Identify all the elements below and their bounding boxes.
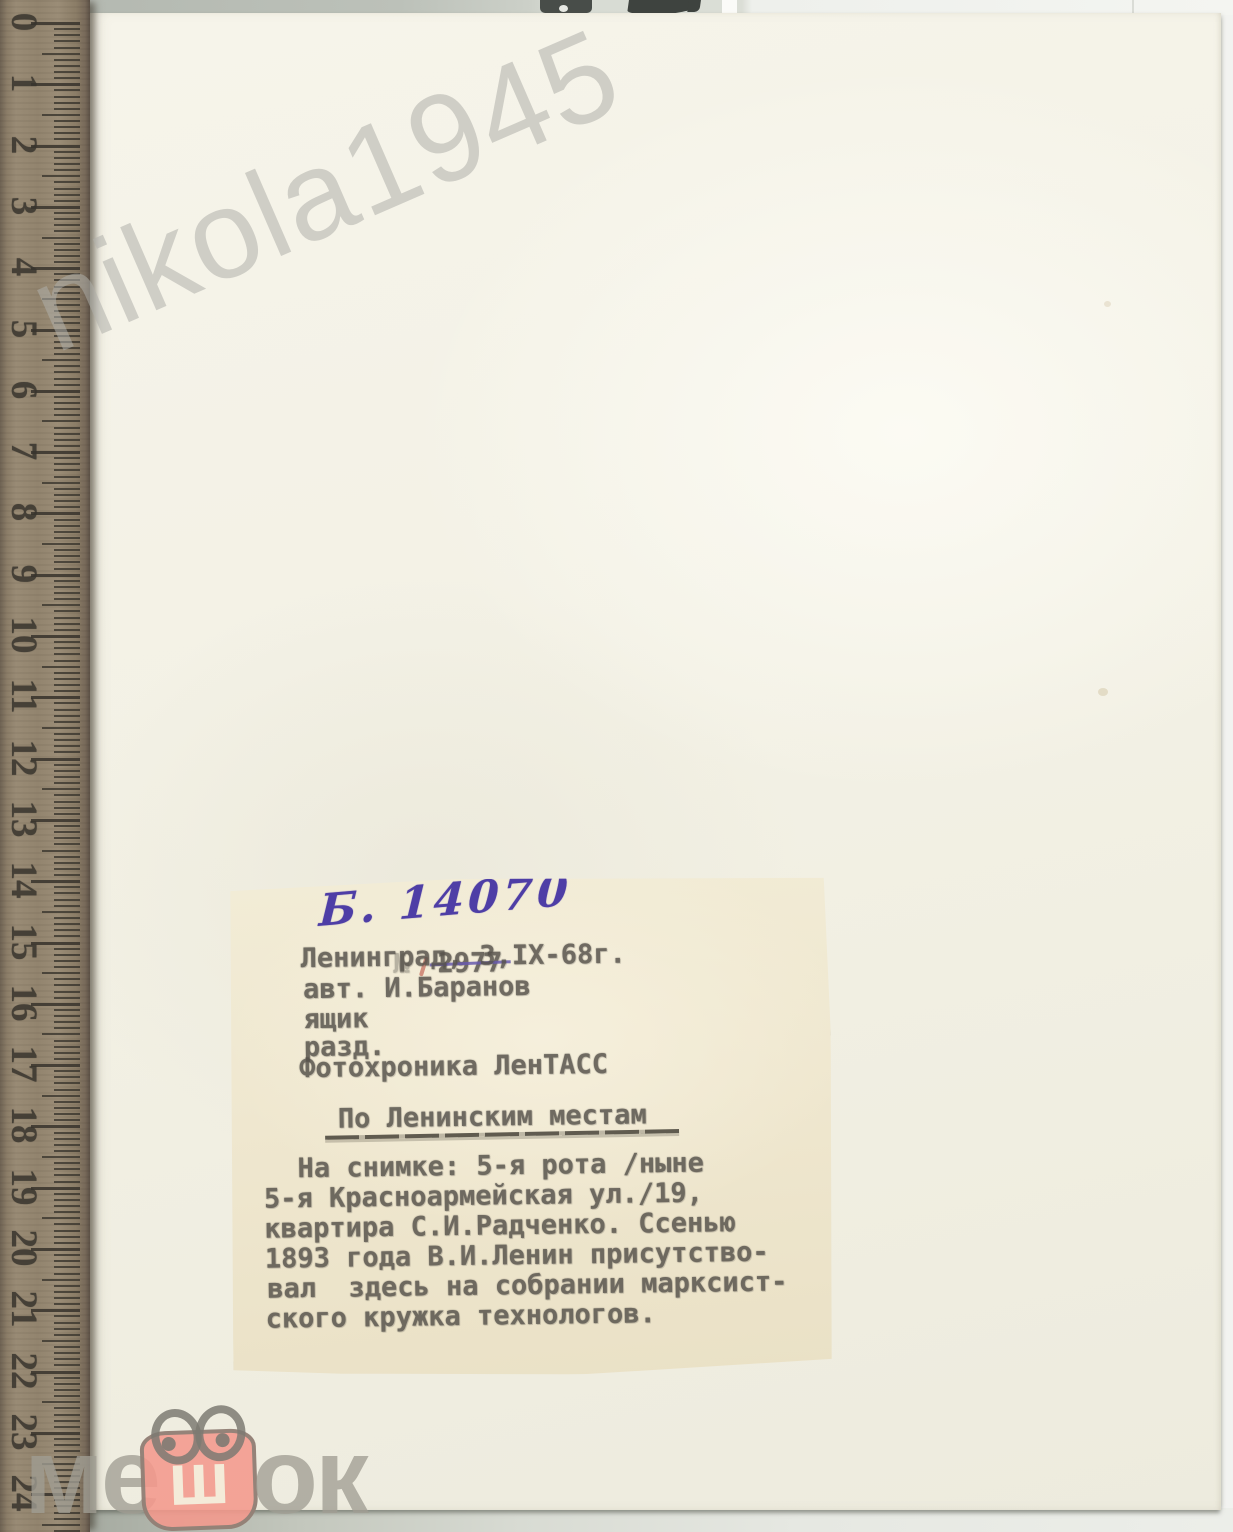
ruler-tick [54,592,80,594]
adjacent-photo-edge-line [1132,0,1134,13]
paper-stain [1098,688,1108,696]
ruler-tick [54,623,80,625]
ruler-tick [54,1364,80,1366]
ruler-tick [54,1303,80,1305]
ruler-tick [54,316,80,318]
ruler-tick [54,1450,80,1452]
ruler-tick [54,1107,80,1109]
ruler-tick [54,1211,80,1213]
ruler-tick [54,745,80,747]
ruler-number: 24 [1,1470,47,1516]
ruler-number: 3 [1,183,47,229]
ruler-tick [54,1438,80,1440]
ruler-tick [54,255,80,257]
ruler-tick [54,1199,80,1201]
ruler-tick [54,923,80,925]
ruler-tick [42,850,80,852]
ruler-tick [54,500,80,502]
label-line-city-date: Ленинград, 3,IX-68г. [300,939,626,975]
ruler-tick [54,653,80,655]
ruler-tick [54,1089,80,1091]
ruler-tick [54,286,80,288]
ruler-tick [54,194,80,196]
ruler-tick [54,1021,80,1023]
ruler-tick [54,1273,80,1275]
ruler-tick [54,1487,80,1489]
ruler-tick [54,1009,80,1011]
wooden-ruler: 0123456789101112131415161718192021222324 [0,0,90,1532]
adjacent-photo-fragment-icon [540,0,592,13]
ruler-tick [54,948,80,950]
ruler-tick [54,874,80,876]
ruler-tick [54,188,80,190]
ruler-tick [54,561,80,563]
ruler-tick [54,378,80,380]
ruler-tick [54,1113,80,1115]
ruler-number: 18 [1,1102,47,1148]
ruler-tick [54,782,80,784]
ruler-tick [54,966,80,968]
ruler-number: 7 [1,428,47,474]
ruler-tick [54,1168,80,1170]
ruler-tick [54,77,80,79]
ruler-tick [54,34,80,36]
ruler-tick [54,488,80,490]
ruler-tick [54,181,80,183]
ruler-tick [54,1377,80,1379]
ruler-tick [54,1475,80,1477]
ruler-number: 21 [1,1286,47,1332]
ruler-tick [54,1046,80,1048]
ruler-tick [54,463,80,465]
ruler-tick [54,1414,80,1416]
ruler-tick [54,457,80,459]
ruler-tick [54,1315,80,1317]
ruler-tick [54,230,80,232]
ruler-tick [54,1181,80,1183]
ruler-tick [42,1401,80,1403]
ruler-tick [54,641,80,643]
ruler-number: 9 [1,551,47,597]
ruler-tick [42,175,80,177]
ruler-tick [54,108,80,110]
ruler-tick [54,243,80,245]
label-line-agency: Фотохроника ЛенТАСС [299,1049,608,1084]
ruler-tick [54,1518,80,1520]
ruler-tick [54,1352,80,1354]
caption-line: ского кружка технологов. [265,1298,656,1334]
ruler-tick [54,1512,80,1514]
ruler-tick [54,702,80,704]
ruler-tick [54,1383,80,1385]
ruler-tick [54,1456,80,1458]
ruler-tick [54,396,80,398]
ruler-tick [54,837,80,839]
ruler-tick [54,126,80,128]
ruler-tick [54,586,80,588]
ruler-tick [54,935,80,937]
ruler-tick [54,1076,80,1078]
scan-of-photo-back: Б. 14070 №2977 Ленинград, 3,IX-68г. авт.… [0,0,1233,1532]
ruler-tick [54,580,80,582]
ruler-tick [54,739,80,741]
ruler-tick [54,549,80,551]
ruler-tick [54,1052,80,1054]
ruler-number: 20 [1,1225,47,1271]
ruler-tick [54,825,80,827]
ruler-tick [42,727,80,729]
ruler-tick [42,114,80,116]
ruler-tick [54,427,80,429]
ruler-tick [54,310,80,312]
ruler-tick [54,322,80,324]
ruler-tick [54,917,80,919]
ruler-tick [54,279,80,281]
ruler-number: 1 [1,60,47,106]
ruler-tick [54,1230,80,1232]
ruler-tick [54,929,80,931]
ruler-tick [54,1481,80,1483]
ruler-tick [54,764,80,766]
ruler-tick [54,59,80,61]
ruler-tick [42,604,80,606]
ruler-tick [54,433,80,435]
ruler-tick [54,65,80,67]
ruler-tick [42,359,80,361]
ruler-tick [42,420,80,422]
ruler-tick [42,1033,80,1035]
ruler-tick [42,1524,80,1526]
ruler-tick [54,899,80,901]
ruler-tick [54,292,80,294]
ruler-tick [54,886,80,888]
ruler-tick [54,273,80,275]
ruler-tick [54,445,80,447]
ruler-tick [54,555,80,557]
ruler-tick [54,629,80,631]
ruler-tick [54,690,80,692]
ruler-number: 14 [1,857,47,903]
ruler-tick [54,341,80,343]
ruler-tick [54,776,80,778]
ruler-tick [54,1334,80,1336]
ruler-tick [54,163,80,165]
ruler-number: 0 [1,0,47,45]
ruler-tick [54,1070,80,1072]
ruler-tick [54,1223,80,1225]
ruler-tick [42,237,80,239]
ruler-tick [54,1346,80,1348]
ruler-number: 11 [1,673,47,719]
ruler-tick [54,678,80,680]
ruler-tick [54,862,80,864]
ruler-tick [42,972,80,974]
ruler-number: 4 [1,244,47,290]
ruler-tick [54,132,80,134]
ruler-tick [54,794,80,796]
ruler-number: 5 [1,306,47,352]
ruler-tick [54,617,80,619]
ruler-tick [54,525,80,527]
ruler-tick [54,610,80,612]
ruler-tick [54,1138,80,1140]
ruler-tick [54,1426,80,1428]
background-bottom-strip [0,1508,1233,1532]
ruler-tick [54,47,80,49]
ruler-tick [54,978,80,980]
ruler-number: 12 [1,735,47,781]
ruler-tick [54,71,80,73]
ruler-tick [54,96,80,98]
ruler-tick [54,991,80,993]
ruler-tick [54,1395,80,1397]
adjacent-photo-gap [722,0,737,13]
ruler-tick [54,1420,80,1422]
ruler-tick [54,1266,80,1268]
ruler-tick [54,1082,80,1084]
ruler-tick [54,1242,80,1244]
ruler-tick [54,984,80,986]
ruler-tick [54,353,80,355]
ruler-number: 17 [1,1041,47,1087]
ruler-tick [42,482,80,484]
ruler-tick [54,709,80,711]
ruler-tick [54,1291,80,1293]
ruler-tick [54,1040,80,1042]
ruler-tick [54,402,80,404]
ruler-tick [54,1236,80,1238]
ruler-tick [54,531,80,533]
ruler-tick [54,537,80,539]
ruler-tick [54,89,80,91]
ruler-tick [54,892,80,894]
ruler-number: 23 [1,1409,47,1455]
ruler-tick [54,598,80,600]
ruler-tick [54,365,80,367]
ruler-number: 8 [1,489,47,535]
ruler-tick [54,469,80,471]
ruler-tick [54,102,80,104]
ruler-tick [54,1260,80,1262]
ruler-tick [54,721,80,723]
ruler-number: 22 [1,1348,47,1394]
ruler-tick [54,120,80,122]
ruler-tick [54,261,80,263]
ruler-tick [54,212,80,214]
ruler-tick [54,157,80,159]
ruler-tick [54,843,80,845]
ruler-number: 15 [1,919,47,965]
ruler-tick [54,151,80,153]
ruler-tick [54,1205,80,1207]
ruler-tick [54,801,80,803]
ruler-tick [54,138,80,140]
ruler-tick [54,476,80,478]
ruler-tick [42,1095,80,1097]
ruler-tick [54,905,80,907]
ruler-tick [54,813,80,815]
ruler-tick [54,1328,80,1330]
ruler-tick [54,347,80,349]
ruler-tick [42,1156,80,1158]
ruler-tick [42,1340,80,1342]
ruler-number: 2 [1,122,47,168]
ruler-tick [54,1027,80,1029]
ruler-tick [54,1015,80,1017]
ruler-tick [54,684,80,686]
ruler-tick [54,1407,80,1409]
ruler-tick [42,53,80,55]
ruler-tick [54,715,80,717]
glued-caption-label: Б. 14070 №2977 Ленинград, 3,IX-68г. авт.… [227,874,836,1379]
ruler-number: 16 [1,980,47,1026]
ruler-tick [54,1254,80,1256]
ruler-tick [54,200,80,202]
ruler-tick [54,1322,80,1324]
ruler-tick [42,788,80,790]
ruler-tick [54,1162,80,1164]
ruler-number: 13 [1,796,47,842]
adjacent-photo-fragment-shape [627,0,695,14]
ruler-tick [54,1444,80,1446]
ruler-tick [54,1505,80,1507]
ruler-tick [54,1144,80,1146]
ruler-tick [54,868,80,870]
ruler-tick [42,1463,80,1465]
ruler-tick [54,335,80,337]
ruler-tick [54,733,80,735]
label-title: По Ленинским местам [338,1099,647,1134]
label-line-box: ящик [303,1003,368,1035]
caption-line: вал здесь на собрании марксист- [267,1266,788,1304]
ruler-tick [54,1132,80,1134]
ruler-tick [54,28,80,30]
ruler-tick [54,1358,80,1360]
ruler-tick [54,954,80,956]
ruler-tick [54,660,80,662]
ruler-tick [54,997,80,999]
ruler-number: 10 [1,612,47,658]
ruler-tick [42,1217,80,1219]
ruler-tick [54,519,80,521]
ruler-tick [54,408,80,410]
ruler-tick [54,494,80,496]
ruler-tick [54,1119,80,1121]
ruler-tick [54,568,80,570]
ruler-tick [54,1285,80,1287]
ruler-tick [54,40,80,42]
ruler-tick [42,543,80,545]
ruler-tick [54,1499,80,1501]
ruler-tick [54,218,80,220]
ruler-number: 6 [1,367,47,413]
ruler-tick [54,807,80,809]
ruler-tick [54,1297,80,1299]
ruler-tick [54,1389,80,1391]
ruler-tick [54,672,80,674]
ruler-tick [54,384,80,386]
ruler-number: 19 [1,1164,47,1210]
ruler-tick [54,647,80,649]
ruler-tick [42,666,80,668]
ruler-tick [54,770,80,772]
ruler-tick [54,1193,80,1195]
ruler-tick [54,371,80,373]
ruler-tick [54,169,80,171]
ruler-tick [54,304,80,306]
ruler-tick [54,831,80,833]
label-line-author: авт. И.Баранов [303,971,531,1005]
ruler-tick [54,224,80,226]
ruler-tick [54,960,80,962]
ruler-tick [42,911,80,913]
ruler-tick [54,414,80,416]
ruler-tick [54,1469,80,1471]
ruler-tick [54,249,80,251]
ruler-tick [54,856,80,858]
ruler-tick [54,1174,80,1176]
ruler-tick [54,1101,80,1103]
ruler-tick [42,298,80,300]
ruler-tick [54,1058,80,1060]
ruler-tick [54,439,80,441]
ruler-tick [54,1150,80,1152]
ruler-tick [54,751,80,753]
paper-stain [1104,301,1111,307]
ruler-tick [54,506,80,508]
ruler-tick [42,1279,80,1281]
